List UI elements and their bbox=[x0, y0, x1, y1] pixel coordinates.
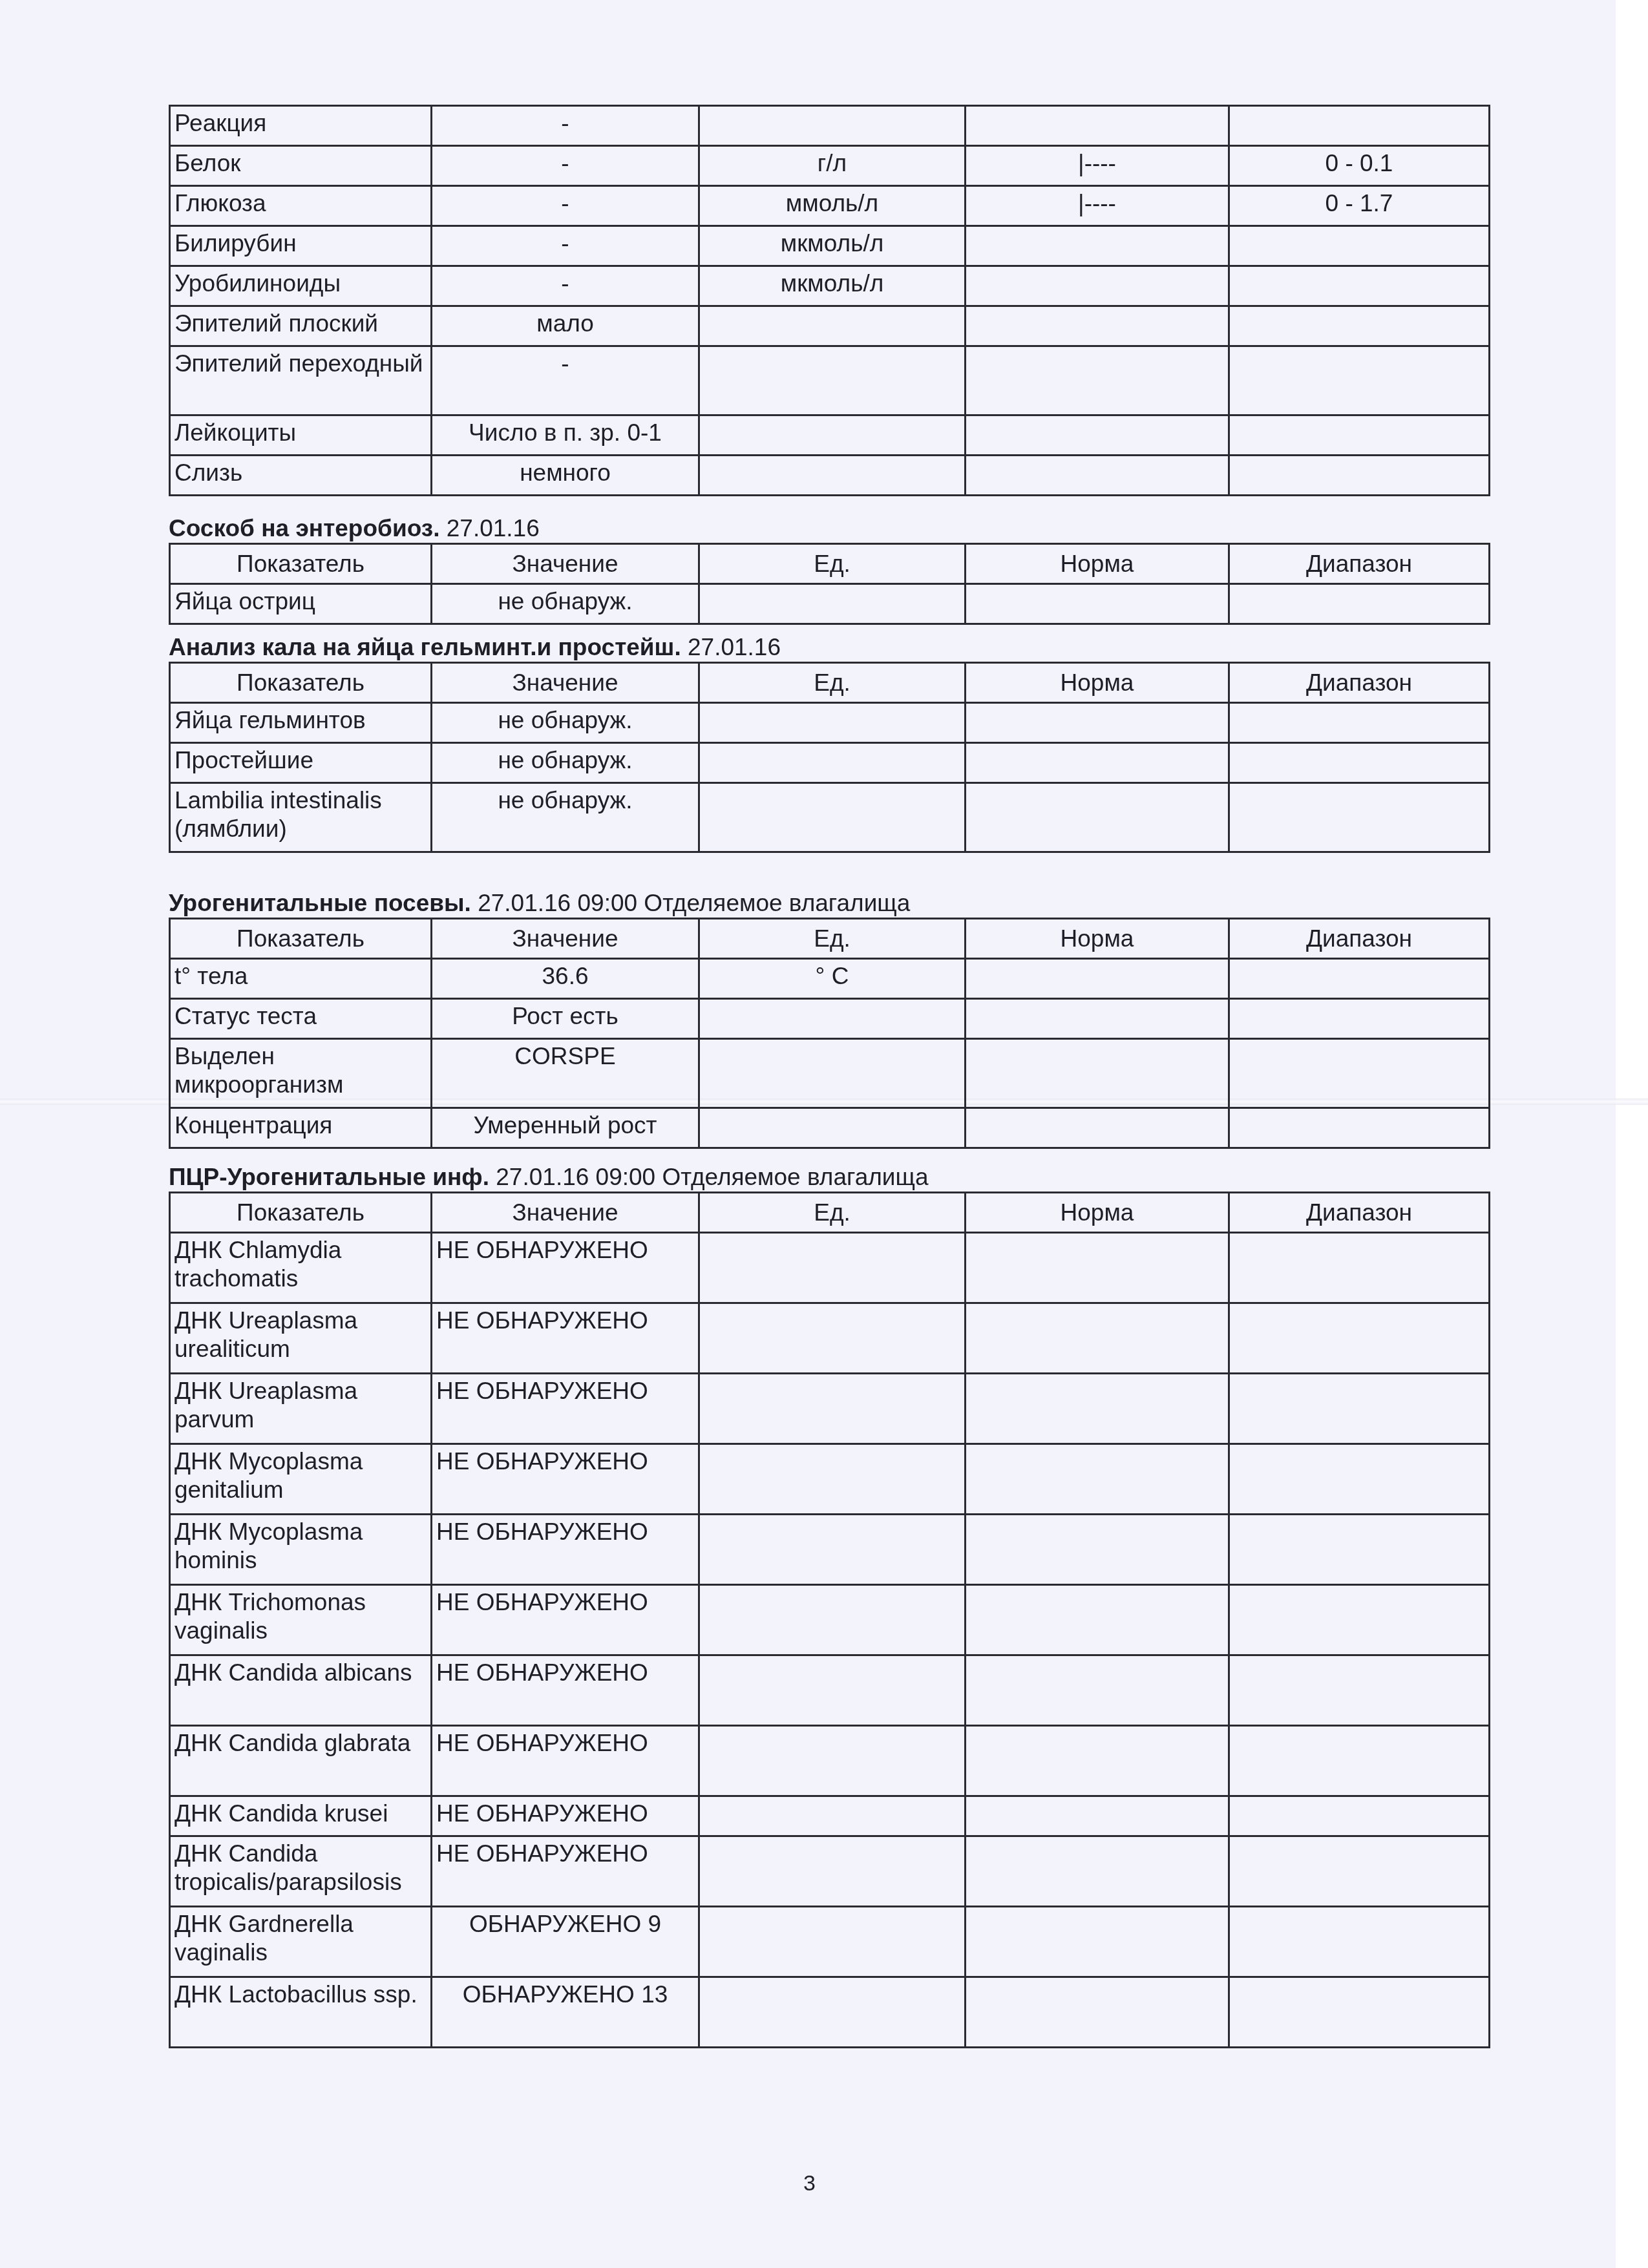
cell-unit bbox=[699, 1515, 966, 1585]
cell-name: ДНК Candida krusei bbox=[170, 1796, 432, 1836]
section-title-bold: Соскоб на энтеробиоз. bbox=[169, 515, 439, 541]
cell-value: ОБНАРУЖЕНО 9 bbox=[432, 1907, 699, 1977]
table-row: Слизьнемного bbox=[170, 456, 1490, 496]
cell-range bbox=[1229, 1444, 1490, 1515]
cell-unit bbox=[699, 584, 966, 624]
table-row: ДНК Candida kruseiНЕ ОБНАРУЖЕНО bbox=[170, 1796, 1490, 1836]
cell-range bbox=[1229, 1585, 1490, 1655]
table-row: ЛейкоцитыЧисло в п. зр. 0-1 bbox=[170, 415, 1490, 456]
cell-unit bbox=[699, 783, 966, 852]
cell-name: Концентрация bbox=[170, 1108, 432, 1148]
cell-norm bbox=[966, 783, 1229, 852]
cell-range bbox=[1229, 584, 1490, 624]
cell-name: ДНК Lactobacillus ssp. bbox=[170, 1977, 432, 2048]
column-header-indicator: Показатель bbox=[170, 663, 432, 703]
cell-unit bbox=[699, 415, 966, 456]
cell-unit bbox=[699, 106, 966, 146]
cell-value: Умеренный рост bbox=[432, 1108, 699, 1148]
enterobiosis-table: ПоказательЗначениеЕд.НормаДиапазон Яйца … bbox=[169, 543, 1490, 625]
section-title: Анализ кала на яйца гельминт.и простейш.… bbox=[169, 633, 1488, 662]
cell-value: не обнаруж. bbox=[432, 743, 699, 783]
cell-value: НЕ ОБНАРУЖЕНО bbox=[432, 1515, 699, 1585]
cell-norm bbox=[966, 1039, 1229, 1108]
cell-norm: |---- bbox=[966, 146, 1229, 186]
table-row: ДНК Trichomonas vaginalisНЕ ОБНАРУЖЕНО bbox=[170, 1585, 1490, 1655]
column-header-unit: Ед. bbox=[699, 663, 966, 703]
cell-unit: мкмоль/л bbox=[699, 266, 966, 306]
cell-unit bbox=[699, 703, 966, 743]
column-header-range: Диапазон bbox=[1229, 544, 1490, 584]
cell-norm bbox=[966, 1444, 1229, 1515]
cell-name: ДНК Candida glabrata bbox=[170, 1726, 432, 1796]
cell-unit bbox=[699, 1836, 966, 1907]
table-row: Эпителий переходный- bbox=[170, 346, 1490, 415]
cell-unit bbox=[699, 1796, 966, 1836]
cell-name: ДНК Ureaplasma urealiticum bbox=[170, 1303, 432, 1374]
cell-name: Яйца остриц bbox=[170, 584, 432, 624]
cell-range bbox=[1229, 1977, 1490, 2048]
cell-unit bbox=[699, 1977, 966, 2048]
cell-range bbox=[1229, 1374, 1490, 1444]
cell-value: Рост есть bbox=[432, 999, 699, 1039]
column-header-value: Значение bbox=[432, 544, 699, 584]
column-header-unit: Ед. bbox=[699, 919, 966, 959]
pcr-section: ПЦР-Урогенитальные инф. 27.01.16 09:00 О… bbox=[169, 1163, 1488, 2048]
column-header-unit: Ед. bbox=[699, 1193, 966, 1233]
column-header-value: Значение bbox=[432, 663, 699, 703]
section-title: ПЦР-Урогенитальные инф. 27.01.16 09:00 О… bbox=[169, 1163, 1488, 1192]
cell-value: - bbox=[432, 106, 699, 146]
column-header-unit: Ед. bbox=[699, 544, 966, 584]
cell-name: ДНК Gardnerella vaginalis bbox=[170, 1907, 432, 1977]
cell-norm bbox=[966, 1655, 1229, 1726]
cell-value: - bbox=[432, 186, 699, 226]
cell-norm: |---- bbox=[966, 186, 1229, 226]
cell-unit: ммоль/л bbox=[699, 186, 966, 226]
table-row: ДНК Candida tropicalis/parapsilosisНЕ ОБ… bbox=[170, 1836, 1490, 1907]
cell-norm bbox=[966, 1977, 1229, 2048]
cell-name: ДНК Mycoplasma hominis bbox=[170, 1515, 432, 1585]
cell-name: Lambilia intestinalis (лямблии) bbox=[170, 783, 432, 852]
cell-value: НЕ ОБНАРУЖЕНО bbox=[432, 1585, 699, 1655]
cell-unit bbox=[699, 999, 966, 1039]
table-row: ДНК Mycoplasma hominisНЕ ОБНАРУЖЕНО bbox=[170, 1515, 1490, 1585]
cell-name: Простейшие bbox=[170, 743, 432, 783]
cell-unit bbox=[699, 1039, 966, 1108]
table-row: ДНК Ureaplasma parvumНЕ ОБНАРУЖЕНО bbox=[170, 1374, 1490, 1444]
cell-name: Слизь bbox=[170, 456, 432, 496]
cell-norm bbox=[966, 456, 1229, 496]
cell-unit bbox=[699, 1374, 966, 1444]
column-header-norm: Норма bbox=[966, 919, 1229, 959]
table-row: Статус тестаРост есть bbox=[170, 999, 1490, 1039]
cell-norm bbox=[966, 1303, 1229, 1374]
urinalysis-section: Реакция-Белок-г/л|----0 - 0.1Глюкоза-ммо… bbox=[169, 105, 1488, 496]
cell-norm bbox=[966, 1796, 1229, 1836]
table-row: Простейшиене обнаруж. bbox=[170, 743, 1490, 783]
cell-name: Статус теста bbox=[170, 999, 432, 1039]
section-title: Соскоб на энтеробиоз. 27.01.16 bbox=[169, 514, 1488, 543]
column-header-norm: Норма bbox=[966, 663, 1229, 703]
cell-name: t° тела bbox=[170, 959, 432, 999]
cell-range bbox=[1229, 703, 1490, 743]
cell-name: Глюкоза bbox=[170, 186, 432, 226]
table-row: ДНК Candida albicansНЕ ОБНАРУЖЕНО bbox=[170, 1655, 1490, 1726]
cell-value: немного bbox=[432, 456, 699, 496]
cell-unit bbox=[699, 1303, 966, 1374]
cell-range bbox=[1229, 456, 1490, 496]
cell-name: ДНК Mycoplasma genitalium bbox=[170, 1444, 432, 1515]
table-header-row: ПоказательЗначениеЕд.НормаДиапазон bbox=[170, 544, 1490, 584]
cell-range bbox=[1229, 783, 1490, 852]
cell-range bbox=[1229, 1303, 1490, 1374]
cell-value: - bbox=[432, 346, 699, 415]
cell-value: НЕ ОБНАРУЖЕНО bbox=[432, 1444, 699, 1515]
cell-unit: г/л bbox=[699, 146, 966, 186]
cell-unit bbox=[699, 1444, 966, 1515]
cell-unit bbox=[699, 306, 966, 346]
cell-norm bbox=[966, 1836, 1229, 1907]
table-row: ДНК Ureaplasma urealiticumНЕ ОБНАРУЖЕНО bbox=[170, 1303, 1490, 1374]
cell-range bbox=[1229, 1907, 1490, 1977]
cell-value: НЕ ОБНАРУЖЕНО bbox=[432, 1726, 699, 1796]
cell-range bbox=[1229, 266, 1490, 306]
cell-unit: мкмоль/л bbox=[699, 226, 966, 266]
cell-range: 0 - 0.1 bbox=[1229, 146, 1490, 186]
cell-norm bbox=[966, 1515, 1229, 1585]
cell-unit bbox=[699, 1907, 966, 1977]
cell-norm bbox=[966, 346, 1229, 415]
cell-norm bbox=[966, 584, 1229, 624]
table-row: Белок-г/л|----0 - 0.1 bbox=[170, 146, 1490, 186]
cell-value: 36.6 bbox=[432, 959, 699, 999]
table-row: Lambilia intestinalis (лямблии)не обнару… bbox=[170, 783, 1490, 852]
cell-name: Выделен микроорганизм bbox=[170, 1039, 432, 1108]
cell-norm bbox=[966, 1585, 1229, 1655]
table-row: Глюкоза-ммоль/л|----0 - 1.7 bbox=[170, 186, 1490, 226]
table-row: Уробилиноиды-мкмоль/л bbox=[170, 266, 1490, 306]
cell-name: Уробилиноиды bbox=[170, 266, 432, 306]
cell-name: Эпителий плоский bbox=[170, 306, 432, 346]
table-row: Яйца острицне обнаруж. bbox=[170, 584, 1490, 624]
column-header-norm: Норма bbox=[966, 1193, 1229, 1233]
table-row: ДНК Chlamydia trachomatisНЕ ОБНАРУЖЕНО bbox=[170, 1233, 1490, 1303]
column-header-indicator: Показатель bbox=[170, 1193, 432, 1233]
cell-range bbox=[1229, 959, 1490, 999]
cell-range bbox=[1229, 1726, 1490, 1796]
cell-unit bbox=[699, 1726, 966, 1796]
enterobiosis-section: Соскоб на энтеробиоз. 27.01.16 Показател… bbox=[169, 514, 1488, 625]
cell-norm bbox=[966, 226, 1229, 266]
cell-range bbox=[1229, 1108, 1490, 1148]
cell-norm bbox=[966, 306, 1229, 346]
section-title-date: 27.01.16 bbox=[681, 634, 781, 660]
cell-value: НЕ ОБНАРУЖЕНО bbox=[432, 1233, 699, 1303]
urinalysis-table: Реакция-Белок-г/л|----0 - 0.1Глюкоза-ммо… bbox=[169, 105, 1490, 496]
cell-norm bbox=[966, 415, 1229, 456]
table-row: ДНК Candida glabrataНЕ ОБНАРУЖЕНО bbox=[170, 1726, 1490, 1796]
section-title-bold: ПЦР-Урогенитальные инф. bbox=[169, 1164, 489, 1190]
cell-name: Эпителий переходный bbox=[170, 346, 432, 415]
cell-unit bbox=[699, 456, 966, 496]
cell-range bbox=[1229, 743, 1490, 783]
cell-value: мало bbox=[432, 306, 699, 346]
column-header-norm: Норма bbox=[966, 544, 1229, 584]
cell-value: не обнаруж. bbox=[432, 703, 699, 743]
cell-unit: ° C bbox=[699, 959, 966, 999]
cell-value: - bbox=[432, 146, 699, 186]
cell-range bbox=[1229, 415, 1490, 456]
section-title-bold: Анализ кала на яйца гельминт.и простейш. bbox=[169, 634, 681, 660]
page-number: 3 bbox=[803, 2171, 816, 2196]
cell-value: CORSPE bbox=[432, 1039, 699, 1108]
stool-section: Анализ кала на яйца гельминт.и простейш.… bbox=[169, 633, 1488, 853]
table-row: Выделен микроорганизмCORSPE bbox=[170, 1039, 1490, 1108]
cell-unit bbox=[699, 1585, 966, 1655]
cell-norm bbox=[966, 703, 1229, 743]
table-row: ДНК Mycoplasma genitaliumНЕ ОБНАРУЖЕНО bbox=[170, 1444, 1490, 1515]
table-header-row: ПоказательЗначениеЕд.НормаДиапазон bbox=[170, 1193, 1490, 1233]
column-header-indicator: Показатель bbox=[170, 544, 432, 584]
cell-value: НЕ ОБНАРУЖЕНО bbox=[432, 1655, 699, 1726]
section-title-date: 27.01.16 bbox=[439, 515, 539, 541]
cell-norm bbox=[966, 1726, 1229, 1796]
cell-range bbox=[1229, 306, 1490, 346]
cell-unit bbox=[699, 743, 966, 783]
pcr-table: ПоказательЗначениеЕд.НормаДиапазон ДНК C… bbox=[169, 1192, 1490, 2048]
cell-name: Яйца гельминтов bbox=[170, 703, 432, 743]
table-row: КонцентрацияУмеренный рост bbox=[170, 1108, 1490, 1148]
cell-value: НЕ ОБНАРУЖЕНО bbox=[432, 1303, 699, 1374]
cell-range bbox=[1229, 1515, 1490, 1585]
section-title-bold: Урогенитальные посевы. bbox=[169, 890, 471, 916]
column-header-value: Значение bbox=[432, 919, 699, 959]
cell-range bbox=[1229, 1039, 1490, 1108]
cell-range bbox=[1229, 1655, 1490, 1726]
cell-norm bbox=[966, 1233, 1229, 1303]
cell-name: ДНК Chlamydia trachomatis bbox=[170, 1233, 432, 1303]
cell-norm bbox=[966, 959, 1229, 999]
cell-range bbox=[1229, 106, 1490, 146]
cell-value: - bbox=[432, 226, 699, 266]
cell-name: Белок bbox=[170, 146, 432, 186]
cell-value: НЕ ОБНАРУЖЕНО bbox=[432, 1796, 699, 1836]
cell-value: Число в п. зр. 0-1 bbox=[432, 415, 699, 456]
cell-name: Реакция bbox=[170, 106, 432, 146]
cell-name: Лейкоциты bbox=[170, 415, 432, 456]
cell-unit bbox=[699, 1233, 966, 1303]
section-title-detail: 27.01.16 09:00 Отделяемое влагалища bbox=[471, 890, 910, 916]
cell-name: ДНК Trichomonas vaginalis bbox=[170, 1585, 432, 1655]
cell-range bbox=[1229, 1836, 1490, 1907]
cell-value: НЕ ОБНАРУЖЕНО bbox=[432, 1374, 699, 1444]
page-edge bbox=[1616, 0, 1648, 2268]
cell-norm bbox=[966, 1374, 1229, 1444]
cell-value: ОБНАРУЖЕНО 13 bbox=[432, 1977, 699, 2048]
cell-norm bbox=[966, 999, 1229, 1039]
cell-norm bbox=[966, 1907, 1229, 1977]
table-row: Билирубин-мкмоль/л bbox=[170, 226, 1490, 266]
section-title: Урогенитальные посевы. 27.01.16 09:00 От… bbox=[169, 889, 1488, 918]
section-title-detail: 27.01.16 09:00 Отделяемое влагалища bbox=[489, 1164, 928, 1190]
column-header-value: Значение bbox=[432, 1193, 699, 1233]
table-row: Эпителий плоскиймало bbox=[170, 306, 1490, 346]
table-row: Яйца гельминтовне обнаруж. bbox=[170, 703, 1490, 743]
cell-value: НЕ ОБНАРУЖЕНО bbox=[432, 1836, 699, 1907]
cell-value: не обнаруж. bbox=[432, 584, 699, 624]
table-row: Реакция- bbox=[170, 106, 1490, 146]
cell-range bbox=[1229, 999, 1490, 1039]
column-header-range: Диапазон bbox=[1229, 663, 1490, 703]
cell-name: Билирубин bbox=[170, 226, 432, 266]
cell-range bbox=[1229, 346, 1490, 415]
cell-range bbox=[1229, 1796, 1490, 1836]
culture-table: ПоказательЗначениеЕд.НормаДиапазон t° те… bbox=[169, 918, 1490, 1149]
column-header-range: Диапазон bbox=[1229, 919, 1490, 959]
cell-unit bbox=[699, 1108, 966, 1148]
cell-value: не обнаруж. bbox=[432, 783, 699, 852]
cell-name: ДНК Candida albicans bbox=[170, 1655, 432, 1726]
cell-unit bbox=[699, 346, 966, 415]
cell-norm bbox=[966, 743, 1229, 783]
cell-name: ДНК Ureaplasma parvum bbox=[170, 1374, 432, 1444]
column-header-indicator: Показатель bbox=[170, 919, 432, 959]
stool-table: ПоказательЗначениеЕд.НормаДиапазон Яйца … bbox=[169, 662, 1490, 853]
cell-norm bbox=[966, 106, 1229, 146]
cell-norm bbox=[966, 266, 1229, 306]
cell-value: - bbox=[432, 266, 699, 306]
table-header-row: ПоказательЗначениеЕд.НормаДиапазон bbox=[170, 919, 1490, 959]
table-header-row: ПоказательЗначениеЕд.НормаДиапазон bbox=[170, 663, 1490, 703]
cell-unit bbox=[699, 1655, 966, 1726]
cell-name: ДНК Candida tropicalis/parapsilosis bbox=[170, 1836, 432, 1907]
column-header-range: Диапазон bbox=[1229, 1193, 1490, 1233]
culture-section: Урогенитальные посевы. 27.01.16 09:00 От… bbox=[169, 889, 1488, 1149]
cell-norm bbox=[966, 1108, 1229, 1148]
cell-range bbox=[1229, 1233, 1490, 1303]
cell-range: 0 - 1.7 bbox=[1229, 186, 1490, 226]
table-row: ДНК Lactobacillus ssp.ОБНАРУЖЕНО 13 bbox=[170, 1977, 1490, 2048]
table-row: t° тела36.6° C bbox=[170, 959, 1490, 999]
cell-range bbox=[1229, 226, 1490, 266]
table-row: ДНК Gardnerella vaginalisОБНАРУЖЕНО 9 bbox=[170, 1907, 1490, 1977]
